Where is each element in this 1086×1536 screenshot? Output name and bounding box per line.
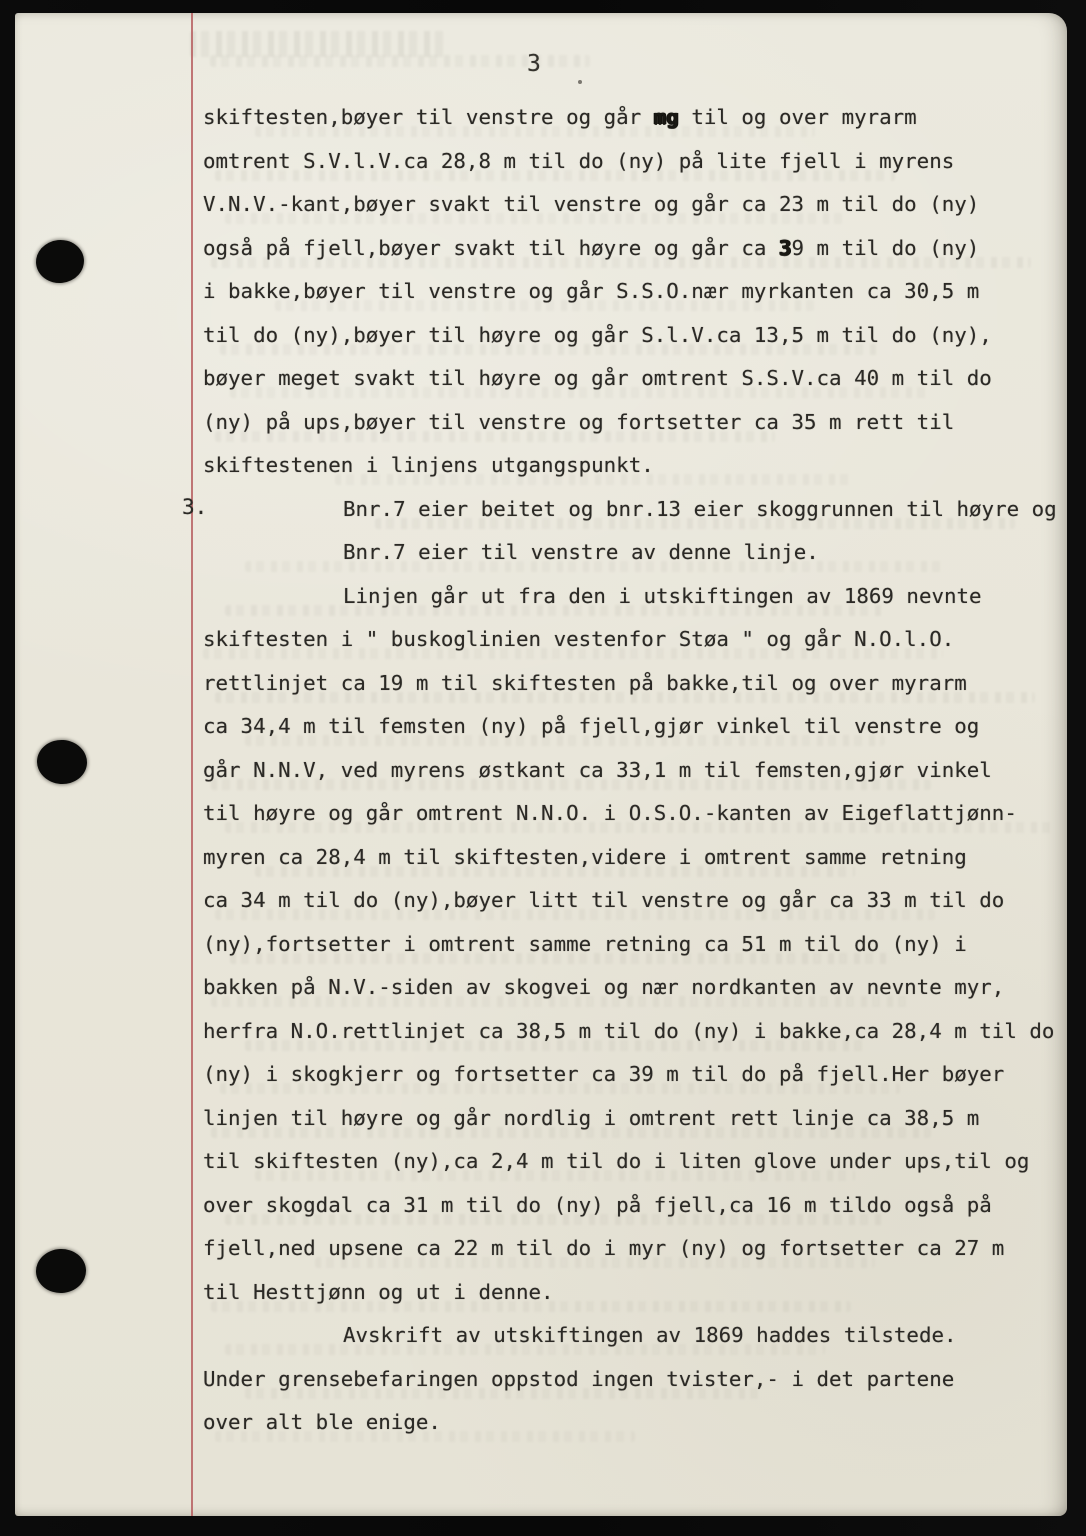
typewritten-line: over alt ble enige.: [203, 1409, 1069, 1453]
typewritten-line: rettlinjet ca 19 m til skiftesten på bak…: [203, 670, 1069, 714]
typewritten-line: Linjen går ut fra den i utskiftingen av …: [203, 583, 1069, 627]
typewritten-line: ca 34 m til do (ny),bøyer litt til venst…: [203, 887, 1069, 931]
typewritten-line: skiftestenen i linjens utgangspunkt.: [203, 452, 1069, 496]
punch-hole-middle: [36, 738, 89, 785]
typewritten-line: til Hesttjønn og ut i denne.: [203, 1279, 1069, 1323]
typewritten-line: herfra N.O.rettlinjet ca 38,5 m til do (…: [203, 1018, 1069, 1062]
typewritten-text-block: skiftesten,bøyer til venstre og går mg t…: [203, 104, 1069, 1453]
typewritten-line: Bnr.7 eier beitet og bnr.13 eier skoggru…: [203, 496, 1069, 540]
bleed-through-smudge: [190, 31, 450, 57]
document-page: 3 3. skiftesten,bøyer til venstre og går…: [15, 13, 1067, 1516]
typewritten-line: i bakke,bøyer til venstre og går S.S.O.n…: [203, 278, 1069, 322]
typewritten-line: fjell,ned upsene ca 22 m til do i myr (n…: [203, 1235, 1069, 1279]
overstruck-characters: 3: [779, 236, 792, 260]
typewritten-line: omtrent S.V.l.V.ca 28,8 m til do (ny) på…: [203, 148, 1069, 192]
typewritten-line: bøyer meget svakt til høyre og går omtre…: [203, 365, 1069, 409]
punch-hole-bottom: [35, 1248, 87, 1295]
typewritten-line: bakken på N.V.-siden av skogvei og nær n…: [203, 974, 1069, 1018]
typewritten-line: Avskrift av utskiftingen av 1869 haddes …: [203, 1322, 1069, 1366]
ink-speck: [578, 80, 582, 84]
typewritten-line: Under grensebefaringen oppstod ingen tvi…: [203, 1366, 1069, 1410]
margin-line: [191, 13, 193, 1516]
typewritten-line: (ny) på ups,bøyer til venstre og fortset…: [203, 409, 1069, 453]
typewritten-line: til høyre og går omtrent N.N.O. i O.S.O.…: [203, 800, 1069, 844]
overstruck-characters: mg: [654, 105, 679, 129]
typewritten-line: Bnr.7 eier til venstre av denne linje.: [203, 539, 1069, 583]
typewritten-line: myren ca 28,4 m til skiftesten,videre i …: [203, 844, 1069, 888]
typewritten-line: ca 34,4 m til femsten (ny) på fjell,gjør…: [203, 713, 1069, 757]
typewritten-line: linjen til høyre og går nordlig i omtren…: [203, 1105, 1069, 1149]
typewritten-line: V.N.V.-kant,bøyer svakt til venstre og g…: [203, 191, 1069, 235]
page-number: 3: [527, 51, 541, 77]
typewritten-line: skiftesten i " buskoglinien vestenfor St…: [203, 626, 1069, 670]
scan-background: 3 3. skiftesten,bøyer til venstre og går…: [0, 0, 1086, 1536]
typewritten-line: til do (ny),bøyer til høyre og går S.l.V…: [203, 322, 1069, 366]
typewritten-line: skiftesten,bøyer til venstre og går mg t…: [203, 104, 1069, 148]
typewritten-line: til skiftesten (ny),ca 2,4 m til do i li…: [203, 1148, 1069, 1192]
typewritten-line: over skogdal ca 31 m til do (ny) på fjel…: [203, 1192, 1069, 1236]
typewritten-line: (ny) i skogkjerr og fortsetter ca 39 m t…: [203, 1061, 1069, 1105]
typewritten-line: (ny),fortsetter i omtrent samme retning …: [203, 931, 1069, 975]
punch-hole-top: [34, 238, 86, 286]
typewritten-line: går N.N.V, ved myrens østkant ca 33,1 m …: [203, 757, 1069, 801]
typewritten-line: også på fjell,bøyer svakt til høyre og g…: [203, 235, 1069, 279]
